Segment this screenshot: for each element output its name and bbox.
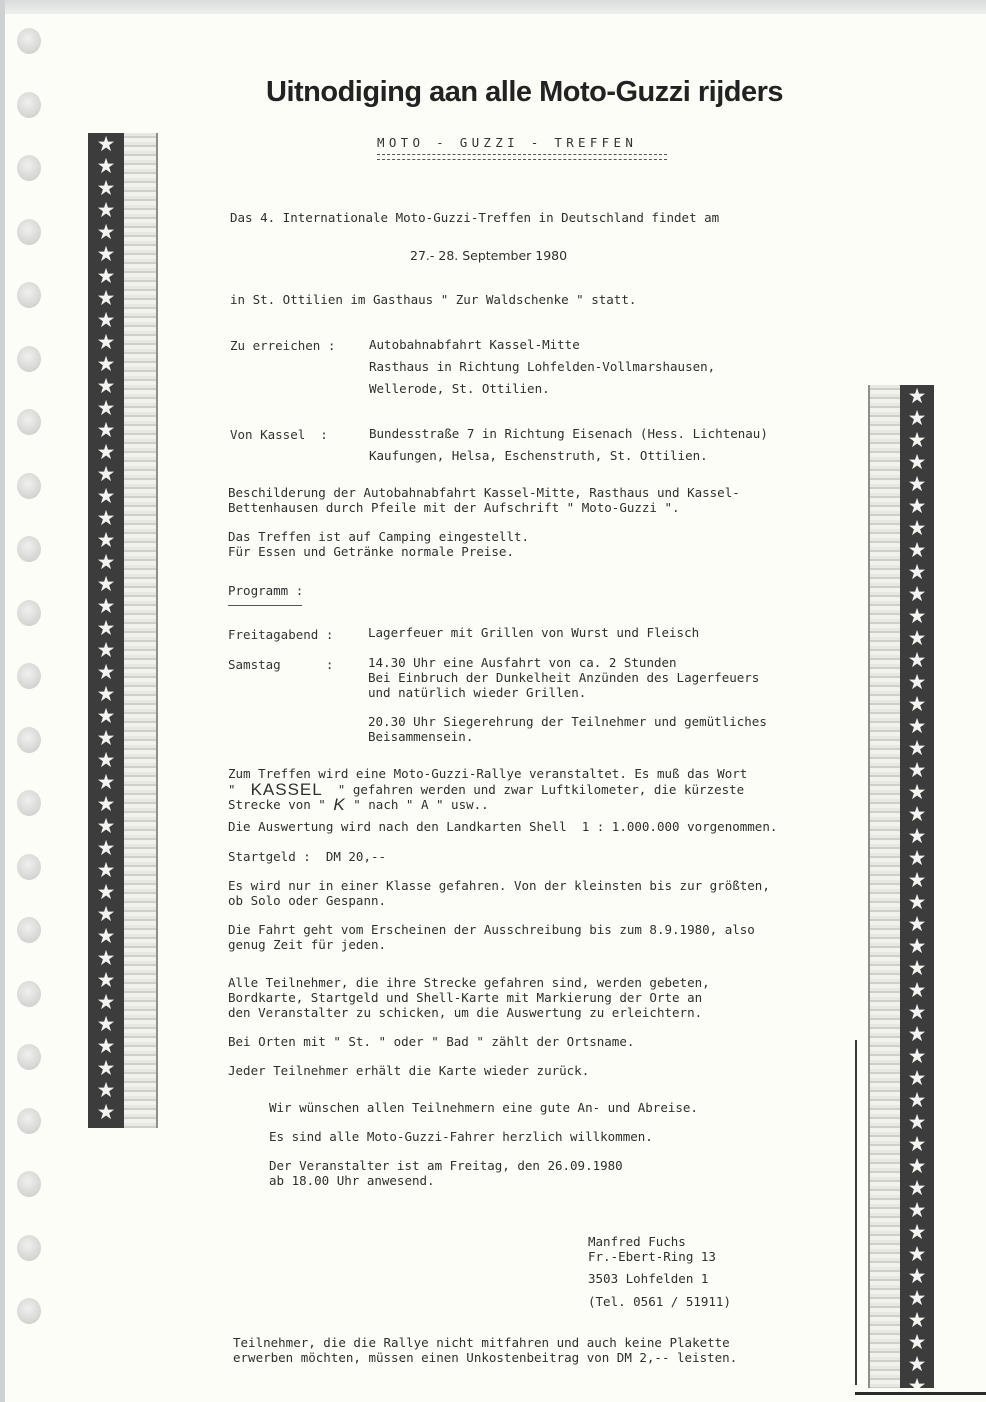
star-icon: ★ [908,979,927,1001]
period-text: genug Zeit für jeden. [228,937,386,952]
star-icon: ★ [908,935,927,957]
star-icon: ★ [97,287,116,309]
program-line: 20.30 Uhr Siegerehrung der Teilnehmer un… [368,714,767,729]
directions-label: Von Kassel : [230,427,328,442]
star-icon: ★ [908,407,927,429]
star-icon: ★ [97,947,116,969]
binder-hole-icon [17,663,41,689]
program-line: Lagerfeuer mit Grillen von Wurst und Fle… [368,625,699,640]
footer-text: erwerben möchten, müssen einen Unkostenb… [233,1350,737,1365]
star-icon: ★ [908,1287,927,1309]
star-icon: ★ [97,617,116,639]
star-icon: ★ [908,847,927,869]
star-icon: ★ [908,1265,927,1287]
star-icon: ★ [908,1023,927,1045]
star-icon: ★ [97,441,116,463]
star-icon: ★ [908,825,927,847]
binder-hole-icon [17,473,41,499]
star-icon: ★ [97,397,116,419]
binder-hole-icon [17,219,41,245]
organizer-presence: ab 18.00 Uhr anwesend. [269,1173,435,1188]
star-icon: ★ [908,1001,927,1023]
star-icon: ★ [908,1331,927,1353]
star-icon: ★ [908,1353,927,1375]
star-icon: ★ [97,463,116,485]
scan-top-edge [0,0,986,14]
rally-text: Strecke von " K " nach " A " usw.. [228,796,489,812]
star-icon: ★ [97,353,116,375]
binder-hole-icon [17,981,41,1007]
star-icon: ★ [908,1221,927,1243]
star-icon: ★ [908,385,927,407]
star-icon: ★ [97,507,116,529]
star-icon: ★ [97,969,116,991]
rally-text: Zum Treffen wird eine Moto-Guzzi-Rallye … [228,766,747,781]
directions-line: Rasthaus in Richtung Lohfelden-Vollmarsh… [369,359,715,374]
intro-text: Das 4. Internationale Moto-Guzzi-Treffen… [230,210,719,225]
page-title: Uitnodiging aan alle Moto-Guzzi rijders [266,76,806,109]
address-phone: (Tel. 0561 / 51911) [588,1294,731,1309]
star-icon: ★ [97,1013,116,1035]
card-return-text: Jeder Teilnehmer erhält die Karte wieder… [228,1063,589,1078]
star-strip-right: ★★★★★★★★★★★★★★★★★★★★★★★★★★★★★★★★★★★★★★★★… [868,385,934,1388]
star-icon: ★ [908,671,927,693]
star-icon: ★ [908,429,927,451]
binder-hole-icon [17,282,41,308]
quote-open: " [228,782,251,797]
star-icon: ★ [97,573,116,595]
binder-hole-icon [17,917,41,943]
program-line: und natürlich wieder Grillen. [368,685,586,700]
binder-hole-icon [17,600,41,626]
binder-hole-icon [17,1044,41,1070]
star-icon: ★ [97,881,116,903]
venue-text: in St. Ottilien im Gasthaus " Zur Waldsc… [230,292,636,307]
binder-hole-icon [17,790,41,816]
star-icon: ★ [97,243,116,265]
submission-text: Bordkarte, Startgeld und Shell-Karte mit… [228,990,702,1005]
period-text: Die Fahrt geht vom Erscheinen der Aussch… [228,922,755,937]
margin-rule [855,1040,857,1385]
star-icon: ★ [97,221,116,243]
star-icon: ★ [97,529,116,551]
star-icon: ★ [97,199,116,221]
star-icon: ★ [97,727,116,749]
star-icon: ★ [908,1045,927,1067]
binder-hole-icon [17,536,41,562]
address-name: Manfred Fuchs [588,1234,686,1249]
subheading: MOTO - GUZZI - TREFFEN [377,135,637,150]
star-icon: ★ [908,473,927,495]
star-icon: ★ [908,759,927,781]
binder-hole-icon [17,1108,41,1134]
grain-band [124,133,158,1128]
star-icon: ★ [97,793,116,815]
star-icon: ★ [908,1199,927,1221]
star-icon: ★ [908,1375,927,1388]
star-icon: ★ [97,771,116,793]
rally-text: " KASSEL " gefahren werden und zwar Luft… [228,781,744,797]
star-icon: ★ [908,495,927,517]
star-icon: ★ [908,1067,927,1089]
star-icon: ★ [908,781,927,803]
binder-hole-icon [17,727,41,753]
star-icon: ★ [97,177,116,199]
star-icon: ★ [97,925,116,947]
binder-hole-icon [17,1298,41,1324]
binder-hole-icon [17,1235,41,1261]
binder-hole-icon [17,346,41,372]
star-icon: ★ [97,265,116,287]
wish-text: Wir wünschen allen Teilnehmern eine gute… [269,1100,698,1115]
program-line: Beisammensein. [368,729,473,744]
welcome-text: Es sind alle Moto-Guzzi-Fahrer herzlich … [269,1129,653,1144]
program-line: Bei Einbruch der Dunkelheit Anzünden des… [368,670,759,685]
directions-line: Wellerode, St. Ottilien. [369,381,550,396]
star-icon: ★ [97,837,116,859]
star-icon: ★ [908,561,927,583]
binder-hole-icon [17,854,41,880]
star-icon: ★ [908,869,927,891]
star-icon: ★ [97,705,116,727]
binder-hole-icon [17,409,41,435]
star-icon: ★ [908,693,927,715]
directions-label: Zu erreichen : [230,338,335,353]
rally-text-suffix: " nach " A " usw.. [346,797,489,812]
star-column: ★★★★★★★★★★★★★★★★★★★★★★★★★★★★★★★★★★★★★★★★… [88,133,124,1128]
star-icon: ★ [97,375,116,397]
binder-hole-icon [17,1171,41,1197]
class-text: ob Solo oder Gespann. [228,893,386,908]
star-icon: ★ [97,309,116,331]
binder-hole-icon [17,28,41,54]
star-icon: ★ [97,1057,116,1079]
program-title: Programm : [228,583,303,598]
star-icon: ★ [908,1177,927,1199]
star-icon: ★ [97,859,116,881]
program-underline [228,605,302,606]
star-icon: ★ [908,803,927,825]
star-icon: ★ [97,133,116,155]
evaluation-text: Die Auswertung wird nach den Landkarten … [228,819,777,834]
grain-band [868,385,900,1388]
star-icon: ★ [908,891,927,913]
star-icon: ★ [97,1101,116,1123]
star-icon: ★ [908,1111,927,1133]
organizer-presence: Der Veranstalter ist am Freitag, den 26.… [269,1158,623,1173]
event-date: 27.- 28. September 1980 [410,248,567,263]
rally-text-suffix: " gefahren werden und zwar Luftkilometer… [323,782,744,797]
bottom-rule [855,1392,986,1395]
star-icon: ★ [97,639,116,661]
star-icon: ★ [97,1035,116,1057]
star-icon: ★ [908,583,927,605]
star-column: ★★★★★★★★★★★★★★★★★★★★★★★★★★★★★★★★★★★★★★★★… [900,385,934,1388]
star-icon: ★ [908,605,927,627]
star-icon: ★ [908,627,927,649]
star-strip-left: ★★★★★★★★★★★★★★★★★★★★★★★★★★★★★★★★★★★★★★★★… [88,133,158,1128]
binder-hole-icon [17,155,41,181]
star-icon: ★ [908,1155,927,1177]
directions-line: Kaufungen, Helsa, Eschenstruth, St. Otti… [369,448,708,463]
star-icon: ★ [97,155,116,177]
star-icon: ★ [908,913,927,935]
submission-text: Alle Teilnehmer, die ihre Strecke gefahr… [228,975,710,990]
star-icon: ★ [97,683,116,705]
star-icon: ★ [97,551,116,573]
rally-letter: K [333,795,345,814]
star-icon: ★ [97,331,116,353]
address-city: 3503 Lohfelden 1 [588,1271,708,1286]
star-icon: ★ [908,517,927,539]
signage-text: Bettenhausen durch Pfeile mit der Aufsch… [228,500,680,515]
star-icon: ★ [908,957,927,979]
star-icon: ★ [97,485,116,507]
fee-text: Startgeld : DM 20,-- [228,849,386,864]
star-icon: ★ [97,815,116,837]
star-icon: ★ [908,1089,927,1111]
footer-text: Teilnehmer, die die Rallye nicht mitfahr… [233,1335,730,1350]
star-icon: ★ [908,451,927,473]
star-icon: ★ [908,737,927,759]
scan-left-edge [0,0,5,1402]
star-icon: ★ [908,539,927,561]
submission-text: den Veranstalter zu schicken, um die Aus… [228,1005,702,1020]
star-icon: ★ [908,1243,927,1265]
star-icon: ★ [97,595,116,617]
signage-text: Beschilderung der Autobahnabfahrt Kassel… [228,485,740,500]
star-icon: ★ [908,649,927,671]
star-icon: ★ [97,991,116,1013]
program-label: Samstag : [228,657,333,672]
star-icon: ★ [97,903,116,925]
star-icon: ★ [97,749,116,771]
star-icon: ★ [97,419,116,441]
binder-hole-icon [17,92,41,118]
camping-text: Für Essen und Getränke normale Preise. [228,544,514,559]
directions-line: Autobahnabfahrt Kassel-Mitte [369,337,580,352]
directions-line: Bundesstraße 7 in Richtung Eisenach (Hes… [369,426,768,441]
address-street: Fr.-Ebert-Ring 13 [588,1249,716,1264]
star-icon: ★ [908,1309,927,1331]
star-icon: ★ [97,661,116,683]
place-rule-text: Bei Orten mit " St. " oder " Bad " zählt… [228,1034,634,1049]
program-label: Freitagabend : [228,627,333,642]
star-icon: ★ [908,1133,927,1155]
rally-text-prefix: Strecke von " [228,797,333,812]
program-line: 14.30 Uhr eine Ausfahrt von ca. 2 Stunde… [368,655,677,670]
double-underline [377,154,667,160]
camping-text: Das Treffen ist auf Camping eingestellt. [228,529,529,544]
star-icon: ★ [908,715,927,737]
class-text: Es wird nur in einer Klasse gefahren. Vo… [228,878,770,893]
star-icon: ★ [97,1079,116,1101]
